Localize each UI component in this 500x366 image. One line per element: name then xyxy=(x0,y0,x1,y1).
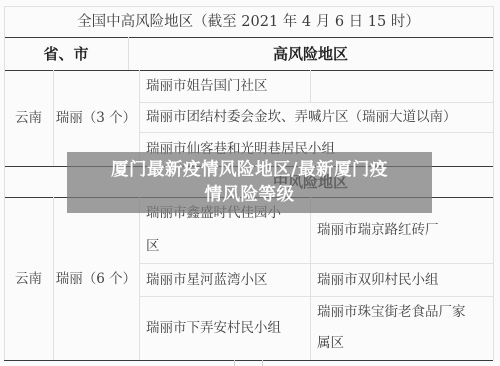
area-line: 属区 xyxy=(317,328,344,359)
right-border xyxy=(493,6,494,360)
medium-risk-area: 瑞丽市下弄安村民小组 xyxy=(139,296,310,360)
page-footer-stub xyxy=(234,360,263,366)
banner-line-1: 厦门最新疫情风险地区/最新厦门疫 xyxy=(111,158,388,183)
header-province-city: 省、市 xyxy=(4,37,128,70)
city-cell: 瑞丽（6 个） xyxy=(53,197,139,360)
area-line: 瑞丽市珠宝街老食品厂家 xyxy=(317,297,466,328)
province-cell: 云南 xyxy=(4,70,53,166)
overlay-caption-banner: 厦门最新疫情风险地区/最新厦门疫 情风险等级 xyxy=(67,152,432,213)
medium-risk-area: 瑞丽市双卯村民小组 xyxy=(310,263,493,296)
area-line: 区 xyxy=(146,230,160,263)
banner-line-2: 情风险等级 xyxy=(205,183,295,208)
high-risk-area: 瑞丽市团结村委会金坎、弄喊片区（瑞丽大道以南） xyxy=(139,102,493,132)
medium-risk-area: 瑞丽市珠宝街老食品厂家 属区 xyxy=(310,296,493,360)
medium-risk-area: 瑞丽市星河蓝湾小区 xyxy=(139,263,310,296)
table-title: 全国中高风险地区（截至 2021 年 4 月 6 日 15 时） xyxy=(4,6,493,37)
header-high-risk: 高风险地区 xyxy=(128,37,493,70)
province-cell: 云南 xyxy=(4,197,53,360)
risk-area-table: 全国中高风险地区（截至 2021 年 4 月 6 日 15 时） 省、市 高风险… xyxy=(0,0,500,366)
high-risk-area: 瑞丽市姐告国门社区 xyxy=(139,70,310,102)
column-divider xyxy=(310,70,311,102)
